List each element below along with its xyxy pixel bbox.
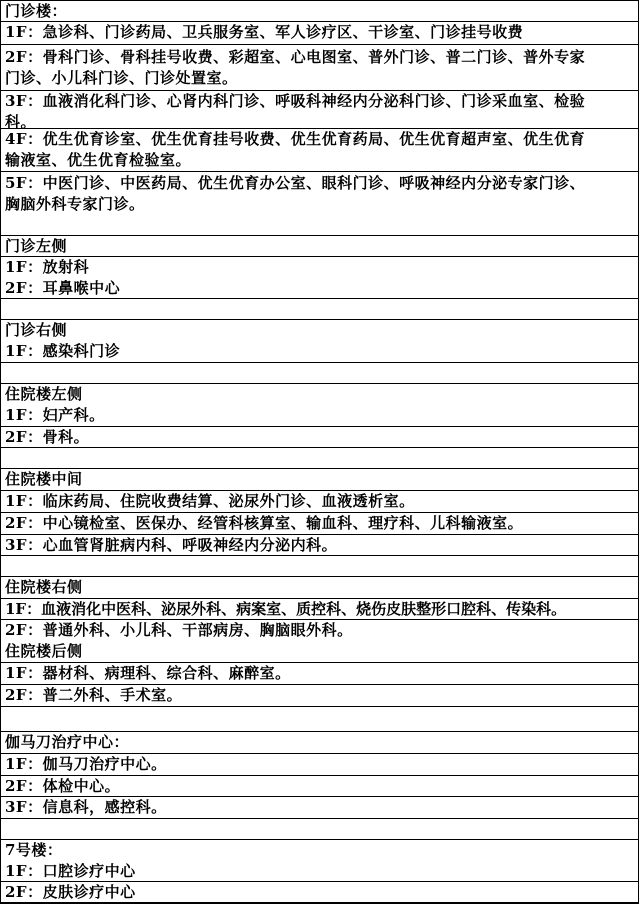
floor-row: 1F：临床药局、住院收费结算、泌尿外门诊、血液透析室。 (1, 491, 638, 513)
floor-text: 3F：血液消化科门诊、心肾内科门诊、呼吸科神经内分泌科门诊、门诊采血室、检验 (5, 91, 634, 112)
section-title: 7号楼： (5, 840, 634, 861)
section-outpatient-right: 门诊右侧 1F：感染科门诊 (1, 320, 638, 363)
section-title-outpatient: 门诊楼： (1, 1, 638, 22)
spacer-row (1, 363, 638, 384)
section-title: 伽马刀治疗中心： (5, 732, 634, 753)
floor-text: 1F：感染科门诊 (5, 341, 634, 362)
floor-text: 1F：放射科 (5, 257, 634, 278)
hospital-directory-table: 门诊楼： 1F：急诊科、门诊药局、卫兵服务室、军人诊疗区、干诊室、门诊挂号收费 … (0, 0, 639, 900)
floor-row: 3F：心血管肾脏病内科、呼吸神经内分泌内科。 (1, 535, 638, 556)
floor-row: 2F：中心镜检室、医保办、经管科核算室、输血科、理疗科、儿科输液室。 (1, 513, 638, 535)
floor-row: 1F：器材科、病理科、综合科、麻醉室。 (1, 663, 638, 685)
section-title: 门诊右侧 (5, 320, 634, 341)
floor-text: 3F：心血管肾脏病内科、呼吸神经内分泌内科。 (5, 535, 634, 556)
floor-text: 5F：中医门诊、中医药局、优生优育办公室、眼科门诊、呼吸神经内分泌专家门诊、 (5, 173, 634, 194)
floor-text: 1F：临床药局、住院收费结算、泌尿外门诊、血液透析室。 (5, 491, 634, 512)
floor-row: 2F：骨科。 (1, 427, 638, 448)
floor-text: 2F：皮肤诊疗中心 (5, 882, 634, 900)
floor-row: 1F：急诊科、门诊药局、卫兵服务室、军人诊疗区、干诊室、门诊挂号收费 (1, 22, 638, 45)
section-building-7: 7号楼： 1F：口腔诊疗中心 (1, 840, 638, 882)
floor-text: 1F：口腔诊疗中心 (5, 861, 634, 882)
spacer-row (1, 448, 638, 469)
floor-text: 1F：急诊科、门诊药局、卫兵服务室、军人诊疗区、干诊室、门诊挂号收费 (5, 22, 634, 43)
floor-row: 3F：信息科，感控科。 (1, 797, 638, 819)
spacer-row (1, 819, 638, 840)
section-title: 住院楼中间 (5, 469, 634, 490)
section-title: 门诊楼： (5, 1, 634, 22)
floor-text: 1F：血液消化中医科、泌尿外科、病案室、质控科、烧伤皮肤整形口腔科、传染科。 (5, 599, 634, 620)
spacer-row (1, 556, 638, 577)
floor-text: 2F：体检中心。 (5, 776, 634, 797)
section-inpatient-left: 住院楼左侧 1F：妇产科。 (1, 384, 638, 427)
floor-text-cont: 输液室、优生优育检验室。 (5, 150, 634, 171)
section-title: 住院楼左侧 (5, 384, 634, 405)
floor-row: 2F：普通外科、小儿科、干部病房、胸脑眼外科。 住院楼后侧 (1, 620, 638, 663)
floor-row: 1F：放射科 2F：耳鼻喉中心 (1, 257, 638, 299)
floor-text-cont: 门诊、小儿科门诊、门诊处置室。 (5, 68, 634, 89)
section-title-inpatient-middle: 住院楼中间 (1, 469, 638, 491)
floor-text: 1F：器材科、病理科、综合科、麻醉室。 (5, 663, 634, 684)
section-title-gamma-knife: 伽马刀治疗中心： (1, 732, 638, 754)
floor-text: 2F：骨科门诊、骨科挂号收费、彩超室、心电图室、普外门诊、普二门诊、普外专家 (5, 47, 634, 68)
floor-text: 4F：优生优育诊室、优生优育挂号收费、优生优育药局、优生优育超声室、优生优育 (5, 129, 634, 150)
floor-row: 5F：中医门诊、中医药局、优生优育办公室、眼科门诊、呼吸神经内分泌专家门诊、 胸… (1, 172, 638, 236)
floor-text: 1F：妇产科。 (5, 405, 634, 426)
section-title: 门诊左侧 (5, 236, 634, 257)
section-title: 住院楼右侧 (5, 577, 634, 598)
floor-row: 2F：皮肤诊疗中心 (1, 882, 638, 900)
floor-row: 3F：血液消化科门诊、心肾内科门诊、呼吸科神经内分泌科门诊、门诊采血室、检验 科… (1, 91, 638, 129)
floor-text: 3F：信息科，感控科。 (5, 797, 634, 818)
floor-text: 1F：伽马刀治疗中心。 (5, 754, 634, 775)
floor-text-cont: 胸脑外科专家门诊。 (5, 194, 634, 215)
section-title-outpatient-left: 门诊左侧 (1, 236, 638, 257)
floor-row: 2F：体检中心。 (1, 776, 638, 797)
section-title-inpatient-right: 住院楼右侧 (1, 577, 638, 599)
floor-row: 1F：血液消化中医科、泌尿外科、病案室、质控科、烧伤皮肤整形口腔科、传染科。 (1, 599, 638, 620)
spacer-row (1, 299, 638, 320)
floor-row: 4F：优生优育诊室、优生优育挂号收费、优生优育药局、优生优育超声室、优生优育 输… (1, 129, 638, 172)
floor-text: 2F：普二外科、手术室。 (5, 685, 634, 706)
section-title-inpatient-rear: 住院楼后侧 (5, 641, 634, 662)
floor-text-cont: 科。 (5, 112, 634, 129)
floor-text: 2F：普通外科、小儿科、干部病房、胸脑眼外科。 (5, 620, 634, 641)
floor-row: 2F：普二外科、手术室。 (1, 685, 638, 707)
floor-row: 2F：骨科门诊、骨科挂号收费、彩超室、心电图室、普外门诊、普二门诊、普外专家 门… (1, 45, 638, 91)
floor-text: 2F：耳鼻喉中心 (5, 278, 634, 299)
floor-text: 2F：骨科。 (5, 427, 634, 448)
floor-row: 1F：伽马刀治疗中心。 (1, 754, 638, 776)
spacer-row (1, 707, 638, 732)
floor-text: 2F：中心镜检室、医保办、经管科核算室、输血科、理疗科、儿科输液室。 (5, 513, 634, 534)
